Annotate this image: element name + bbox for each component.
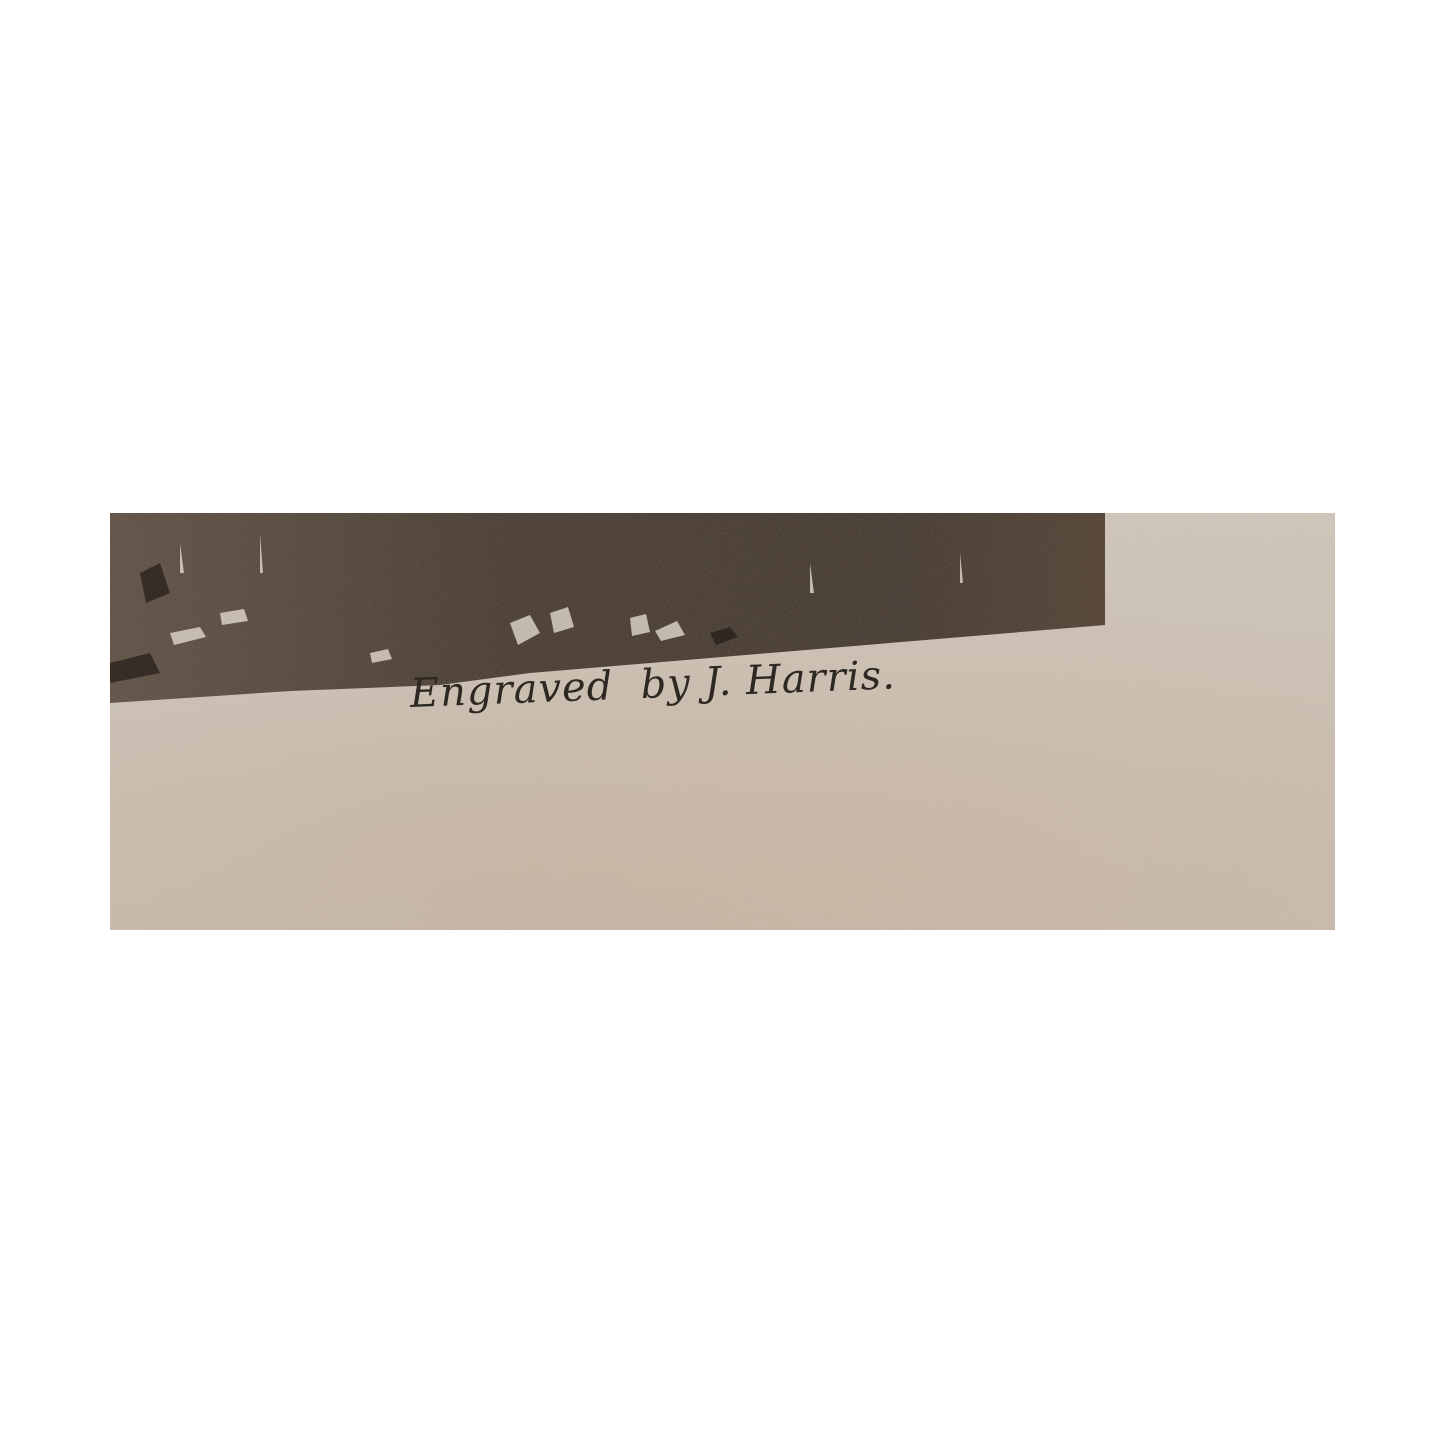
engraving-photo: Engraved by J. Harris. [110, 513, 1335, 930]
engraved-image-area [110, 513, 1335, 930]
